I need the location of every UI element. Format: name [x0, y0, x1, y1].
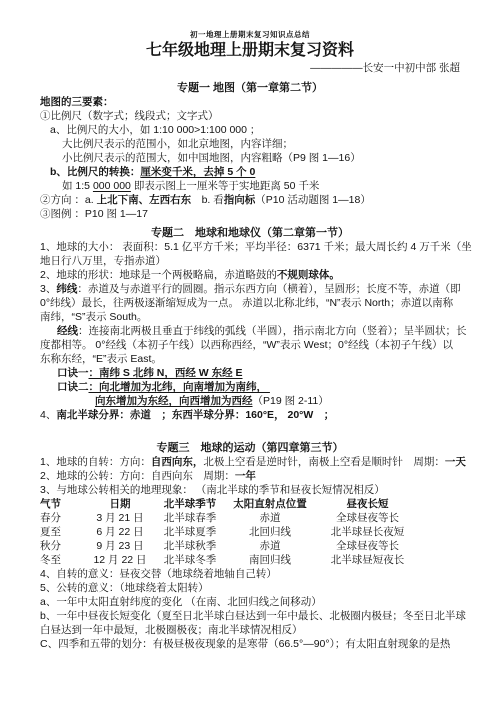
document-kicker: 初一地理上册期末复习知识点总结 [40, 29, 460, 40]
doc-line: ③图例 ：P10 图 1—17 [40, 207, 460, 221]
table-row: 秋分9 月 23 日北半球秋季赤道全球昼夜等长 [40, 539, 460, 553]
text-run: ③图例 ：P10 图 1—17 [40, 208, 148, 220]
text-run: b、比例尺的转换： [50, 166, 140, 178]
doc-line: 口诀一：南纬 S 北纬 N，西经 W 东经 E [40, 366, 460, 380]
text-run: 南纬，“S”表示 South。 [40, 311, 147, 323]
table-cell: 昼夜长短 [310, 497, 425, 511]
table-cell: 秋分 [40, 539, 90, 553]
text-run: 4、 [40, 409, 56, 421]
table-cell: 北半球昼短夜长 [310, 553, 425, 567]
blank-line [40, 422, 460, 436]
doc-line: b、一年中昼夜长短变化（夏至日北半球白昼达到一年中最长、北极圈内极昼；冬至日北半… [40, 609, 460, 623]
doc-line: 如 1:5 000 000 即表示图上一厘米等于实地距离 50 千米 [40, 179, 460, 193]
text-run: 南北半球分界：赤道 ；东西半球分界：160°E， 20°W ； [56, 409, 334, 421]
table-cell: 北半球冬季 [150, 553, 230, 567]
section-heading: 专题三 地球的运动（第四章第三节） [40, 439, 460, 455]
doc-line: ①比例尺（数字式；线段式；文字式） [40, 109, 460, 123]
text-run: 一天 [445, 456, 466, 468]
text-run: 白昼达到一年中最短，北极圈极夜；南北半球情况相反） [40, 624, 303, 636]
table-cell: 北半球夏季 [150, 525, 230, 539]
doc-line: 0°纬线）最长，往两极逐渐缩短成为一点。 赤道以北称北纬，“N”表示 North… [40, 296, 460, 310]
text-run: 如 1:5 [62, 180, 93, 192]
doc-line: 2、地球的公转：方向：自西向东 周期：一年 [40, 469, 460, 483]
text-run: a、一年中太阳直射纬度的变化 （在南、北回归线之间移动） [40, 596, 322, 608]
doc-line: 大比例尺表示的范围小，如北京地图，内容详细； [40, 137, 460, 151]
table-cell: 赤道 [230, 511, 310, 525]
text-run: 小比例尺表示的范围大，如中国地图，内容粗略（P9 图 1—16） [62, 152, 361, 164]
text-run: 上北下南、左西右东 [97, 194, 192, 206]
table-cell: 全球昼夜等长 [310, 511, 425, 525]
table-cell: 太阳直射点位置 [230, 497, 310, 511]
text-run: 一年 [235, 470, 256, 482]
table-cell: 夏至 [40, 525, 90, 539]
doc-line: 3、纬线：赤道及与赤道平行的圆圈。指示东西方向（横着），呈圆形；长度不等，赤道（… [40, 282, 460, 296]
text-run: 5、公转的意义：（地球绕着太阳转） [40, 582, 209, 594]
text-run: 即表示图上一厘米等于实地距离 50 千米 [131, 180, 319, 192]
doc-line: a、一年中太阳直射纬度的变化 （在南、北回归线之间移动） [40, 595, 460, 609]
text-run: ：赤道及与赤道平行的圆圈。指示东西方向（横着），呈圆形；长度不等，赤道（即 [77, 283, 460, 295]
text-run: 向东增加为东经，向西增加为西经 [95, 395, 253, 407]
table-cell: 全球昼夜等长 [310, 539, 425, 553]
text-run: ②方向 ：a. [40, 194, 97, 206]
doc-line: 度都相等。 0°经线（本初子午线）以西称西经，“W”表示 West；0°经线（本… [40, 338, 460, 352]
text-run: 度都相等。 0°经线（本初子午线）以西称西经，“W”表示 West；0°经线（本… [40, 339, 453, 351]
doc-line: b、比例尺的转换：厘米变千米，去掉 5 个 0 [40, 165, 460, 179]
text-run: 口诀二 [57, 381, 89, 393]
text-run: 2、地球的公转：方向：自西向东 周期： [40, 470, 235, 482]
text-run: b、一年中昼夜长短变化（夏至日北半球白昼达到一年中最长、北极圈内极昼；冬至日北半… [40, 610, 466, 622]
doc-line: 经线：连接南北两极且垂直于纬线的弧线（半圆），指示南北方向（竖着）；呈半圆状；长 [40, 324, 460, 338]
doc-line: 5、公转的意义：（地球绕着太阳转） [40, 581, 460, 595]
table-cell: 冬至 [40, 553, 90, 567]
text-run: C、四季和五带的划分：有极昼极夜现象的是寒带（66.5°—90°）；有太阳直射现… [40, 638, 450, 650]
text-run: ：向北增加为北纬，向南增加为南纬， [89, 381, 270, 393]
doc-line: 南纬，“S”表示 South。 [40, 310, 460, 324]
text-run: 厘米变千米，去掉 5 个 0 [140, 166, 255, 178]
document-page: 初一地理上册期末复习知识点总结 七年级地理上册期末复习资料 —————长安一中初… [0, 0, 500, 707]
table-cell: 北半球秋季 [150, 539, 230, 553]
doc-line: 4、南北半球分界：赤道 ；东西半球分界：160°E， 20°W ； [40, 408, 460, 422]
text-run: 经线 [57, 325, 78, 337]
doc-line: ②方向 ：a. 上北下南、左西右东 b. 看指向标（P10 活动题图 1—18） [40, 193, 460, 207]
text-run: 大比例尺表示的范围小，如北京地图，内容详细； [62, 138, 293, 150]
text-run: 纬线 [56, 283, 77, 295]
table-cell: 3 月 21 日 [90, 511, 150, 525]
document-body: 专题一 地图（第一章第二节）地图的三要素：①比例尺（数字式；线段式；文字式）a、… [40, 79, 460, 651]
table-cell: 春分 [40, 511, 90, 525]
doc-line: 小比例尺表示的范围大，如中国地图，内容粗略（P9 图 1—16） [40, 151, 460, 165]
text-run: 1、地球的大小： 表面积：5.1 亿平方千米；平均半径：6371 千米；最大周长… [40, 241, 472, 253]
section-heading: 专题二 地球和地球仪（第二章第一节） [40, 224, 460, 240]
table-cell: 6 月 22 日 [90, 525, 150, 539]
doc-line: 1、地球的自转：方向：自西向东，北极上空看是逆时针，南极上空看是顺时针 周期：一… [40, 455, 460, 469]
table-cell: 日期 [90, 497, 150, 511]
table-cell: 气节 [40, 497, 90, 511]
doc-line: 地日行八万里，专指赤道） [40, 254, 460, 268]
doc-line: 向东增加为东经，向西增加为西经（P19 图 2-11） [40, 394, 460, 408]
doc-line: a、比例尺的大小，如 1:10 000>1:100 000 ； [40, 123, 460, 137]
text-run: 3、 [40, 283, 56, 295]
table-cell: 北回归线 [230, 525, 310, 539]
doc-line: C、四季和五带的划分：有极昼极夜现象的是寒带（66.5°—90°）；有太阳直射现… [40, 637, 460, 651]
text-run: 地图的三要素： [40, 96, 114, 108]
doc-line: 4、自转的意义：昼夜交替（地球绕着地轴自己转） [40, 567, 460, 581]
table-row: 冬至12 月 22 日北半球冬季南回归线北半球昼短夜长 [40, 553, 460, 567]
text-run: 0°纬线）最长，往两极逐渐缩短成为一点。 赤道以北称北纬，“N”表示 North… [40, 297, 453, 309]
text-run: ：南纬 S 北纬 N，西经 W 东经 E [89, 367, 243, 379]
table-header-row: 气节日期北半球季节太阳直射点位置昼夜长短 [40, 497, 460, 511]
text-run: 2、地球的形状：地球是一个两极略扁，赤道略鼓的 [40, 269, 277, 281]
page-title: 七年级地理上册期末复习资料 [40, 40, 460, 61]
section-heading: 专题一 地图（第一章第二节） [40, 79, 460, 95]
doc-line: 2、地球的形状：地球是一个两极略扁，赤道略鼓的不规则球体。 [40, 268, 460, 282]
text-run: 自西向东， [151, 456, 204, 468]
seasons-table: 气节日期北半球季节太阳直射点位置昼夜长短春分3 月 21 日北半球春季赤道全球昼… [40, 497, 460, 567]
table-cell: 赤道 [230, 539, 310, 553]
text-run: 3、与地球公转相关的地理现象： （南北半球的季节和昼夜长短情况相反） [40, 484, 385, 496]
doc-line: 1、地球的大小： 表面积：5.1 亿平方千米；平均半径：6371 千米；最大周长… [40, 240, 460, 254]
text-run: 口诀一 [57, 367, 89, 379]
text-run: 000 000 [93, 180, 131, 192]
author-byline: —————长安一中初中部 张超 [40, 61, 460, 76]
text-run: 指向标 [224, 194, 256, 206]
text-run: 北极上空看是逆时针，南极上空看是顺时针 周期： [203, 456, 445, 468]
text-run: ：连接南北两极且垂直于纬线的弧线（半圆），指示南北方向（竖着）；呈半圆状；长 [78, 325, 467, 337]
text-run: ①比例尺（数字式；线段式；文字式） [40, 110, 219, 122]
table-cell: 北半球春季 [150, 511, 230, 525]
text-run: （P19 图 2-11） [253, 395, 329, 407]
text-run: a、比例尺的大小，如 1:10 000>1:100 000 ； [50, 124, 260, 136]
table-cell: 12 月 22 日 [90, 553, 150, 567]
doc-line: 白昼达到一年中最短，北极圈极夜；南北半球情况相反） [40, 623, 460, 637]
text-run: （P10 活动题图 1—18） [255, 194, 371, 206]
doc-line: 口诀二：向北增加为北纬，向南增加为南纬， [40, 380, 460, 394]
table-row: 春分3 月 21 日北半球春季赤道全球昼夜等长 [40, 511, 460, 525]
doc-line: 地图的三要素： [40, 95, 460, 109]
text-run: 不规则球体。 [277, 269, 340, 281]
text-run: 地日行八万里，专指赤道） [40, 255, 166, 267]
text-run: b. 看 [191, 194, 224, 206]
table-cell: 南回归线 [230, 553, 310, 567]
text-run: 东称东经，“E”表示 East。 [40, 353, 162, 365]
text-run: 4、自转的意义：昼夜交替（地球绕着地轴自己转） [40, 568, 277, 580]
doc-line: 3、与地球公转相关的地理现象： （南北半球的季节和昼夜长短情况相反） [40, 483, 460, 497]
table-cell: 9 月 23 日 [90, 539, 150, 553]
text-run: 1、地球的自转：方向： [40, 456, 151, 468]
table-row: 夏至6 月 22 日北半球夏季北回归线北半球昼长夜短 [40, 525, 460, 539]
table-cell: 北半球昼长夜短 [310, 525, 425, 539]
doc-line: 东称东经，“E”表示 East。 [40, 352, 460, 366]
table-cell: 北半球季节 [150, 497, 230, 511]
